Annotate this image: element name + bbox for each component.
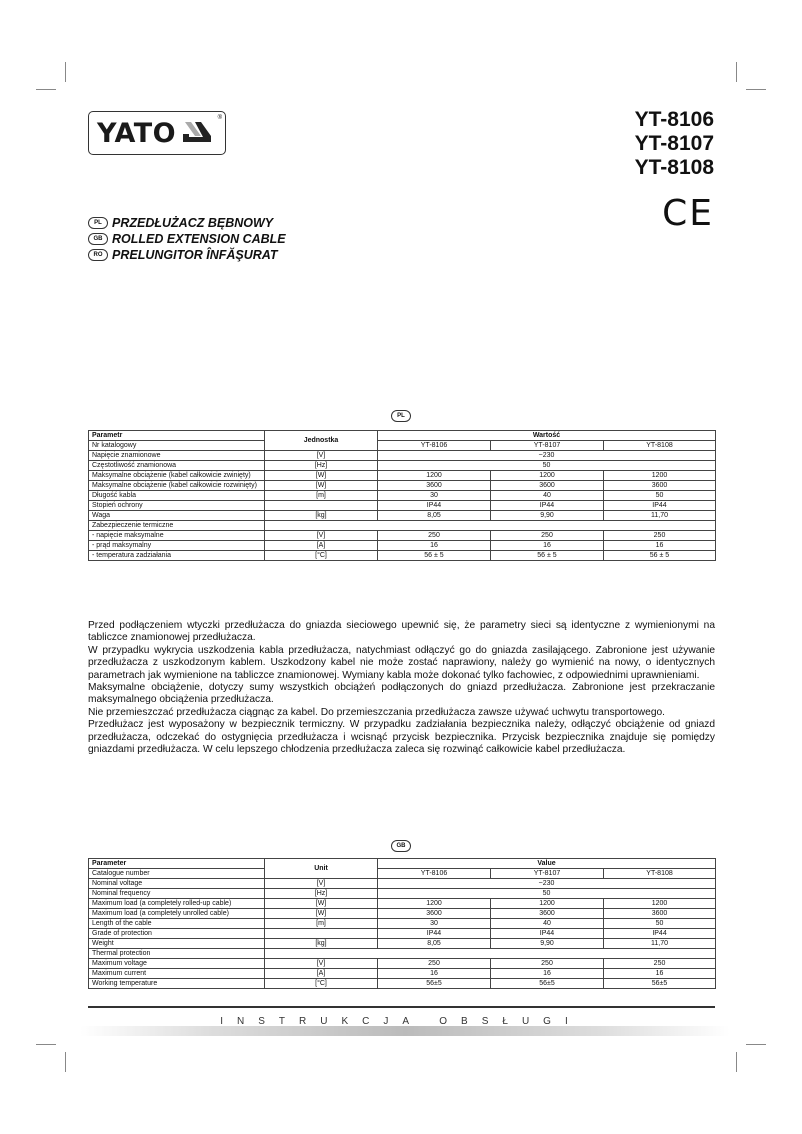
parameter-cell: Maximum current [89, 969, 265, 979]
value-cell: IP44 [491, 929, 604, 939]
crop-mark [36, 1044, 56, 1045]
table-row: Catalogue numberYT-8106YT-8107YT-8108 [89, 869, 716, 879]
footer-text: INSTRUKCJA OBSŁUGI [0, 1016, 802, 1027]
lang-badge: GB [88, 233, 108, 245]
unit-cell [265, 929, 378, 939]
unit-cell [265, 949, 716, 959]
unit-cell: [W] [265, 481, 378, 491]
brand-logo: YATO ® [88, 111, 226, 155]
parameter-cell: - napięcie maksymalne [89, 531, 265, 541]
header-value: Wartość [378, 431, 716, 441]
value-cell: IP44 [378, 929, 491, 939]
value-cell: 3600 [491, 481, 604, 491]
parameter-cell: Nominal voltage [89, 879, 265, 889]
value-cell: 250 [491, 531, 604, 541]
unit-cell [265, 501, 378, 511]
parameter-cell: Maksymalne obciążenie (kabel całkowicie … [89, 471, 265, 481]
table-row: - temperatura zadziałania[°C]56 ± 556 ± … [89, 551, 716, 561]
value-cell: 3600 [604, 481, 716, 491]
title-text: PRELUNGITOR ÎNFĂŞURAT [112, 248, 278, 262]
table-row: Working temperature[°C]56±556±556±5 [89, 979, 716, 989]
table-row: Nominal frequency[Hz]50 [89, 889, 716, 899]
value-cell: 8,05 [378, 511, 491, 521]
parameter-cell: Długość kabla [89, 491, 265, 501]
model-cell: YT-8108 [604, 441, 716, 451]
yato-mark-icon [181, 120, 217, 146]
value-cell: 40 [491, 919, 604, 929]
footer-divider [88, 1006, 715, 1008]
unit-cell: [A] [265, 969, 378, 979]
parameter-cell: Length of the cable [89, 919, 265, 929]
value-cell: 56 ± 5 [378, 551, 491, 561]
table-row: - prąd maksymalny[A]161616 [89, 541, 716, 551]
title-text: ROLLED EXTENSION CABLE [112, 232, 286, 246]
value-cell: 16 [491, 969, 604, 979]
value-cell: 16 [378, 969, 491, 979]
parameter-cell: Nominal frequency [89, 889, 265, 899]
catalogue-label: Nr katalogowy [89, 441, 265, 451]
crop-mark [746, 89, 766, 90]
parameter-cell: Częstotliwość znamionowa [89, 461, 265, 471]
footer-band [80, 1026, 730, 1036]
brand-name: YATO [97, 118, 176, 149]
unit-cell: [V] [265, 451, 378, 461]
value-cell: IP44 [491, 501, 604, 511]
spec-table-gb: ParameterUnitValueCatalogue numberYT-810… [88, 858, 716, 989]
header-unit: Jednostka [265, 431, 378, 451]
unit-cell: [m] [265, 491, 378, 501]
value-cell: 50 [604, 491, 716, 501]
spec-table-pl: ParametrJednostkaWartośćNr katalogowyYT-… [88, 430, 716, 561]
value-cell: 250 [378, 531, 491, 541]
unit-cell: [V] [265, 879, 378, 889]
unit-cell: [W] [265, 471, 378, 481]
model-cell: YT-8107 [491, 869, 604, 879]
value-cell: 56±5 [378, 979, 491, 989]
unit-cell: [A] [265, 541, 378, 551]
value-cell: 1200 [378, 471, 491, 481]
unit-cell: [Hz] [265, 461, 378, 471]
product-title-gb: GB ROLLED EXTENSION CABLE [88, 231, 286, 247]
value-cell: 56 ± 5 [491, 551, 604, 561]
value-cell: 250 [604, 959, 716, 969]
parameter-cell: Maksymalne obciążenie (kabel całkowicie … [89, 481, 265, 491]
table-row: Stopień ochronyIP44IP44IP44 [89, 501, 716, 511]
crop-mark [65, 1052, 66, 1072]
table-row: Thermal protection [89, 949, 716, 959]
header-parameter: Parameter [89, 859, 265, 869]
value-cell: 30 [378, 491, 491, 501]
parameter-cell: Zabezpieczenie termiczne [89, 521, 265, 531]
table-row: Napięcie znamionowe[V]~230 [89, 451, 716, 461]
value-cell: 11,70 [604, 511, 716, 521]
lang-badge: PL [88, 217, 108, 229]
table-row: - napięcie maksymalne[V]250250250 [89, 531, 716, 541]
parameter-cell: Stopień ochrony [89, 501, 265, 511]
value-cell: 56±5 [491, 979, 604, 989]
product-title-ro: RO PRELUNGITOR ÎNFĂŞURAT [88, 247, 286, 263]
model-number: YT-8107 [635, 132, 714, 156]
header-unit: Unit [265, 859, 378, 879]
model-number: YT-8108 [635, 156, 714, 180]
model-cell: YT-8107 [491, 441, 604, 451]
parameter-cell: - temperatura zadziałania [89, 551, 265, 561]
value-cell: 9,90 [491, 939, 604, 949]
header-value: Value [378, 859, 716, 869]
table-row: Zabezpieczenie termiczne [89, 521, 716, 531]
parameter-cell: - prąd maksymalny [89, 541, 265, 551]
registered-mark: ® [218, 115, 222, 121]
value-cell: 16 [604, 969, 716, 979]
unit-cell: [kg] [265, 939, 378, 949]
unit-cell: [W] [265, 909, 378, 919]
crop-mark [36, 89, 56, 90]
unit-cell: [kg] [265, 511, 378, 521]
value-cell: 3600 [491, 909, 604, 919]
table-row: Length of the cable[m]304050 [89, 919, 716, 929]
table-row: Nominal voltage[V]~230 [89, 879, 716, 889]
value-cell: 9,90 [491, 511, 604, 521]
title-text: PRZEDŁUŻACZ BĘBNOWY [112, 216, 273, 230]
value-cell: 50 [378, 889, 716, 899]
catalogue-label: Catalogue number [89, 869, 265, 879]
unit-cell: [V] [265, 531, 378, 541]
table-row: Maximum load (a completely unrolled cabl… [89, 909, 716, 919]
ce-mark-icon: CE [662, 193, 714, 234]
crop-mark [736, 1052, 737, 1072]
value-cell: 3600 [604, 909, 716, 919]
crop-mark [65, 62, 66, 82]
safety-instructions: Przed podłączeniem wtyczki przedłużacza … [88, 620, 715, 756]
paragraph: W przypadku wykrycia uszkodzenia kabla p… [88, 645, 715, 682]
unit-cell: [W] [265, 899, 378, 909]
value-cell: 16 [491, 541, 604, 551]
value-cell: 50 [604, 919, 716, 929]
parameter-cell: Waga [89, 511, 265, 521]
paragraph: Przedłużacz jest wyposażony w bezpieczni… [88, 719, 715, 756]
header-parameter: Parametr [89, 431, 265, 441]
parameter-cell: Maximum load (a completely unrolled cabl… [89, 909, 265, 919]
table-row: Grade of protectionIP44IP44IP44 [89, 929, 716, 939]
parameter-cell: Thermal protection [89, 949, 265, 959]
parameter-cell: Weight [89, 939, 265, 949]
table-row: Maksymalne obciążenie (kabel całkowicie … [89, 471, 716, 481]
value-cell: 250 [378, 959, 491, 969]
paragraph: Maksymalne obciążenie, dotyczy sumy wszy… [88, 682, 715, 707]
table-row: Długość kabla[m]304050 [89, 491, 716, 501]
value-cell: 250 [491, 959, 604, 969]
value-cell: IP44 [378, 501, 491, 511]
value-cell: 1200 [604, 471, 716, 481]
parameter-cell: Working temperature [89, 979, 265, 989]
model-cell: YT-8106 [378, 441, 491, 451]
lang-badge: RO [88, 249, 108, 261]
model-number: YT-8106 [635, 108, 714, 132]
unit-cell [265, 521, 716, 531]
section-badge-gb: GB [391, 840, 411, 852]
value-cell: 1200 [491, 899, 604, 909]
value-cell: 30 [378, 919, 491, 929]
section-badge-pl: PL [391, 410, 411, 422]
table-header-row: ParametrJednostkaWartość [89, 431, 716, 441]
unit-cell: [°C] [265, 551, 378, 561]
paragraph: Nie przemieszczać przedłużacza ciągnąc z… [88, 707, 715, 719]
model-cell: YT-8106 [378, 869, 491, 879]
table-row: Nr katalogowyYT-8106YT-8107YT-8108 [89, 441, 716, 451]
table-row: Maximum load (a completely rolled-up cab… [89, 899, 716, 909]
table-row: Maksymalne obciążenie (kabel całkowicie … [89, 481, 716, 491]
model-cell: YT-8108 [604, 869, 716, 879]
unit-cell: [°C] [265, 979, 378, 989]
value-cell: 16 [378, 541, 491, 551]
table-row: Maximum current[A]161616 [89, 969, 716, 979]
value-cell: 1200 [604, 899, 716, 909]
model-numbers: YT-8106 YT-8107 YT-8108 [635, 108, 714, 180]
value-cell: 16 [604, 541, 716, 551]
value-cell: 56 ± 5 [604, 551, 716, 561]
table-row: Maximum voltage[V]250250250 [89, 959, 716, 969]
value-cell: 40 [491, 491, 604, 501]
parameter-cell: Napięcie znamionowe [89, 451, 265, 461]
unit-cell: [V] [265, 959, 378, 969]
table-row: Częstotliwość znamionowa[Hz]50 [89, 461, 716, 471]
table-row: Waga[kg]8,059,9011,70 [89, 511, 716, 521]
table-row: Weight[kg]8,059,9011,70 [89, 939, 716, 949]
table-header-row: ParameterUnitValue [89, 859, 716, 869]
parameter-cell: Maximum voltage [89, 959, 265, 969]
value-cell: ~230 [378, 879, 716, 889]
parameter-cell: Grade of protection [89, 929, 265, 939]
paragraph: Przed podłączeniem wtyczki przedłużacza … [88, 620, 715, 645]
value-cell: IP44 [604, 929, 716, 939]
value-cell: 56±5 [604, 979, 716, 989]
value-cell: 3600 [378, 909, 491, 919]
parameter-cell: Maximum load (a completely rolled-up cab… [89, 899, 265, 909]
crop-mark [746, 1044, 766, 1045]
value-cell: 11,70 [604, 939, 716, 949]
value-cell: 1200 [491, 471, 604, 481]
product-title-pl: PL PRZEDŁUŻACZ BĘBNOWY [88, 215, 286, 231]
value-cell: 1200 [378, 899, 491, 909]
value-cell: IP44 [604, 501, 716, 511]
product-titles: PL PRZEDŁUŻACZ BĘBNOWY GB ROLLED EXTENSI… [88, 215, 286, 263]
crop-mark [736, 62, 737, 82]
unit-cell: [m] [265, 919, 378, 929]
value-cell: 50 [378, 461, 716, 471]
value-cell: 250 [604, 531, 716, 541]
value-cell: ~230 [378, 451, 716, 461]
value-cell: 3600 [378, 481, 491, 491]
unit-cell: [Hz] [265, 889, 378, 899]
value-cell: 8,05 [378, 939, 491, 949]
